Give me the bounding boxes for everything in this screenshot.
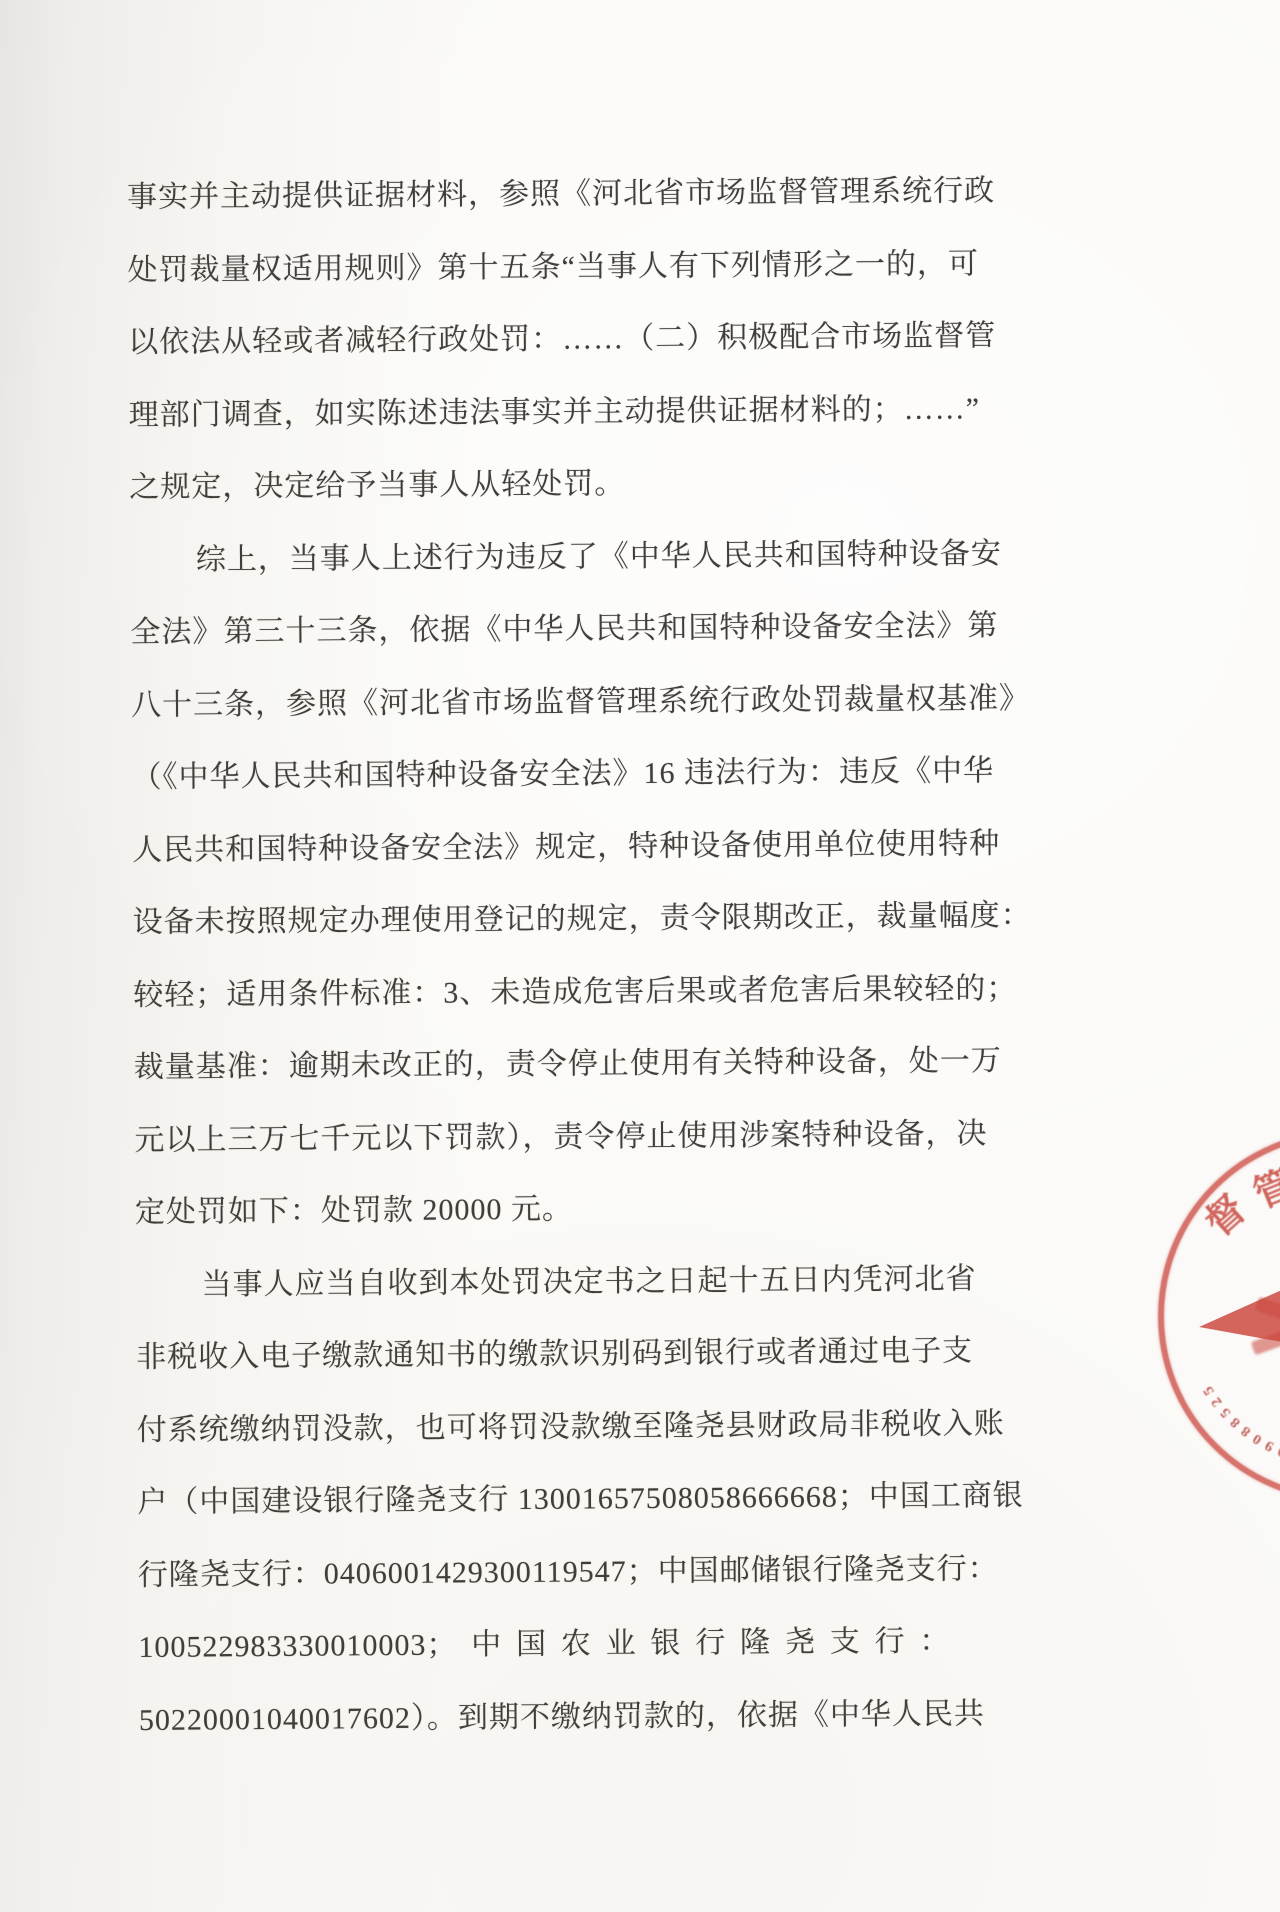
text-line: 事实并主动提供证据材料，参照《河北省市场监督管理系统行政 [127, 156, 940, 235]
scanned-document-page: 事实并主动提供证据材料，参照《河北省市场监督管理系统行政 处罚裁量权适用规则》第… [0, 0, 1280, 1912]
text-line: 付系统缴纳罚没款，也可将罚没款缴至隆尧县财政局非税收入账 [136, 1388, 949, 1467]
text-line: 裁量基准：逾期未改正的，责令停止使用有关特种设备，处一万 [134, 1026, 947, 1105]
text-line: 之规定，决定给予当事人从轻处罚。 [129, 446, 942, 525]
text-line: 行隆尧支行：0406001429300119547；中国邮储银行隆尧支行： [138, 1533, 951, 1612]
text-line: 户（中国建设银行隆尧支行 13001657508058666668；中国工商银 [137, 1461, 950, 1540]
text-line: 以依法从轻或者减轻行政处罚：……（二）积极配合市场监督管 [128, 301, 941, 380]
text-line: 全法》第三十三条，依据《中华人民共和国特种设备安全法》第 [130, 591, 943, 670]
text-line: 50220001040017602）。到期不缴纳罚款的，依据《中华人民共 [139, 1678, 952, 1757]
text-line: 理部门调查，如实陈述违法事实并主动提供证据材料的；……” [128, 373, 941, 452]
text-line: 设备未按照规定办理使用登记的规定，责令限期改正，裁量幅度： [132, 881, 945, 960]
text-line: 人民共和国特种设备安全法》规定，特种设备使用单位使用特种 [132, 808, 945, 887]
text-line: 八十三条，参照《河北省市场监督管理系统行政处罚裁量权基准》 [131, 663, 944, 742]
document-text: 事实并主动提供证据材料，参照《河北省市场监督管理系统行政 处罚裁量权适用规则》第… [127, 156, 952, 1757]
text-line: 较轻；适用条件标准：3、未造成危害后果或者危害后果较轻的； [133, 953, 946, 1032]
text-line: 处罚裁量权适用规则》第十五条“当事人有下列情形之一的，可 [127, 228, 940, 307]
text-line: 定处罚如下：处罚款 20000 元。 [135, 1171, 948, 1250]
text-line: 非税收入电子缴款通知书的缴款识别码到银行或者通过电子支 [136, 1316, 949, 1395]
text-line: 元以上三万七千元以下罚款），责令停止使用涉案特种设备，决 [134, 1098, 947, 1177]
text-line: （《中华人民共和国特种设备安全法》16 违法行为：违反《中华 [131, 736, 944, 815]
text-line: 100522983330010003；中国农业银行隆尧支行： [138, 1606, 951, 1685]
text-line: 综上，当事人上述行为违反了《中华人民共和国特种设备安 [130, 518, 943, 597]
text-line: 当事人应当自收到本处罚决定书之日起十五日内凭河北省 [135, 1243, 948, 1322]
